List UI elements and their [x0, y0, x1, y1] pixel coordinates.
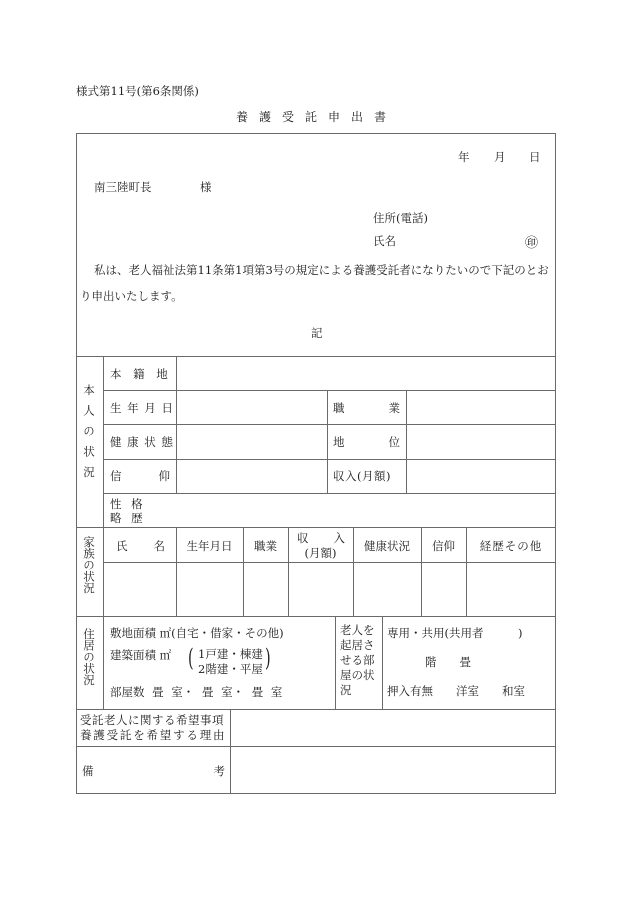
elder-room-usage: 専用・共用(共用者 ) — [387, 626, 522, 640]
faith-label-a: 信 — [110, 469, 122, 483]
family-header-income: 収 入 — [297, 531, 345, 545]
family-header-birthdate: 生年月日 — [176, 539, 243, 553]
statement-line-2: り申出いたします。 — [80, 289, 183, 303]
seal-icon: ㊞ — [525, 232, 538, 251]
faith-label-b: 仰 — [159, 469, 171, 483]
divider — [335, 616, 336, 709]
date-day: 日 — [529, 150, 541, 164]
income-field[interactable] — [407, 460, 555, 492]
right-paren: ) — [265, 643, 271, 673]
family-name-field[interactable] — [104, 563, 175, 615]
health-field[interactable] — [177, 425, 326, 458]
family-income-field[interactable] — [289, 563, 352, 615]
family-header-name-a: 氏 — [116, 539, 128, 553]
remarks-label: 備 考 — [82, 764, 225, 778]
remarks-field[interactable] — [231, 747, 555, 793]
occupation-label: 職 業 — [333, 401, 400, 415]
family-header-occupation: 職業 — [243, 539, 288, 553]
address-label: 住所(電話) — [373, 211, 428, 225]
family-header-name-b: 名 — [154, 539, 166, 553]
page-title: 養護受託申出書 — [236, 108, 397, 125]
position-label-b: 位 — [389, 435, 401, 449]
addressee-name: 南三陸町長 — [94, 180, 152, 194]
family-header-name: 氏 名 — [116, 539, 165, 553]
elder-room-floor-tatami: 階 畳 — [425, 655, 471, 669]
name-label: 氏名 — [373, 234, 396, 248]
faith-field[interactable] — [177, 460, 326, 492]
left-paren: ( — [188, 643, 194, 673]
divider — [327, 390, 328, 493]
family-health-field[interactable] — [354, 563, 420, 615]
site-area-label: 敷地面積 ㎡(自宅・借家・その他) — [110, 626, 284, 640]
history-label: 略 歴 — [110, 511, 146, 525]
personality-history-field[interactable] — [177, 494, 555, 526]
wishes-field[interactable] — [231, 710, 555, 745]
income-label: 収入(月額) — [333, 469, 391, 483]
building-type-1: 1戸建・棟建 — [198, 647, 263, 661]
housing-section-label: 住居の状況 — [82, 628, 96, 700]
position-label-a: 地 — [333, 435, 345, 449]
birthdate-label: 生 年 月 日 — [110, 401, 174, 415]
health-label: 健 康 状 態 — [110, 435, 174, 449]
family-birthdate-field[interactable] — [177, 563, 242, 615]
honseki-label: 本 籍 地 — [110, 367, 172, 381]
family-header-income-monthly: (月額) — [288, 546, 353, 560]
family-faith-field[interactable] — [422, 563, 465, 615]
date-month: 月 — [494, 150, 506, 164]
position-label: 地 位 — [333, 435, 400, 449]
family-header-history: 経歴その他 — [466, 539, 556, 553]
family-header-income-b: 入 — [334, 531, 346, 545]
family-header-health: 健康状況 — [353, 539, 421, 553]
self-section-label: 本人の状況 — [82, 384, 96, 494]
rooms-label: 部屋数 畳 室・ 畳 室・ 畳 室 — [110, 685, 282, 699]
position-field[interactable] — [407, 425, 555, 458]
building-type-2: 2階建・平屋 — [198, 662, 263, 676]
wishes-label-1: 受託老人に関する希望事項 — [80, 713, 224, 727]
occupation-label-b: 業 — [389, 401, 401, 415]
family-header-faith: 信仰 — [421, 539, 466, 553]
date-year: 年 — [458, 150, 470, 164]
family-header-income-a: 収 — [297, 531, 309, 545]
statement-line-1: 私は、老人福祉法第11条第1項第3号の規定による養護受託者になりたいので下記のと… — [94, 263, 549, 277]
family-occupation-field[interactable] — [244, 563, 287, 615]
family-section-label: 家族の状況 — [82, 536, 96, 608]
occupation-field[interactable] — [407, 391, 555, 423]
wishes-label-2: 養護受託を希望する理由 — [80, 728, 226, 742]
birthdate-field[interactable] — [177, 391, 326, 423]
addressee-honorific: 様 — [200, 180, 212, 194]
honseki-field[interactable] — [177, 357, 555, 389]
divider — [76, 616, 556, 617]
elder-room-label: 老人を起居させる部屋の状況 — [340, 623, 380, 698]
occupation-label-a: 職 — [333, 401, 345, 415]
form-number: 様式第11号(第6条関係) — [76, 84, 199, 98]
remarks-label-b: 考 — [214, 764, 226, 778]
divider — [76, 527, 556, 528]
personality-label: 性 格 — [110, 497, 146, 511]
family-history-field[interactable] — [467, 563, 555, 615]
divider — [103, 356, 104, 709]
remarks-label-a: 備 — [82, 764, 94, 778]
faith-label: 信 仰 — [110, 469, 170, 483]
ki-label: 記 — [311, 326, 323, 340]
building-area-label: 建築面積 ㎡ — [110, 648, 171, 662]
elder-room-closet-type: 押入有無 洋室 和室 — [387, 684, 525, 698]
divider — [382, 616, 383, 709]
